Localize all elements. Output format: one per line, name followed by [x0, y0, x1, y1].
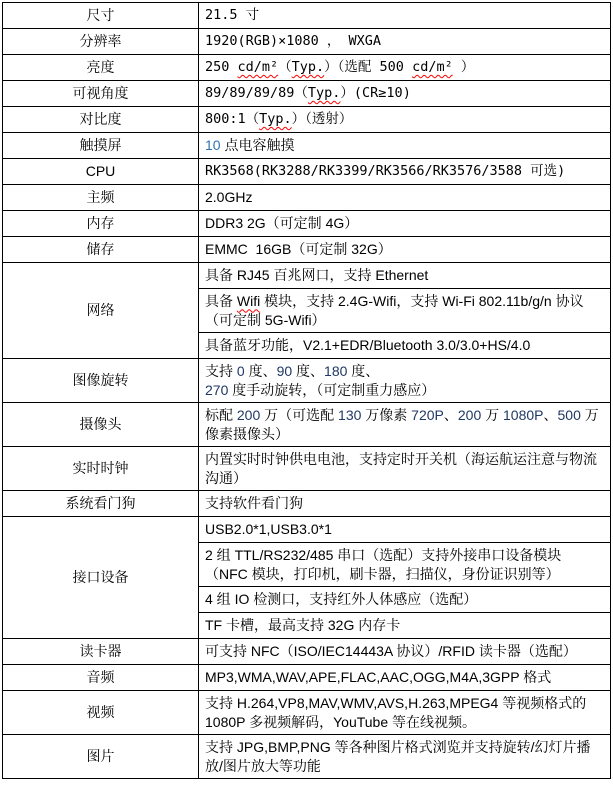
row-size: 尺寸 21.5 寸 [3, 3, 611, 29]
spec-label-interfaces: 接口设备 [3, 517, 199, 639]
row-resolution: 分辨率 1920(RGB)×1080 ， WXGA [3, 29, 611, 55]
spec-value-image: 支持 JPG,BMP,PNG 等各种图片格式浏览并支持旋转/幻灯片播放/图片放大… [199, 735, 611, 779]
spec-label-resolution: 分辨率 [3, 29, 199, 55]
spec-label-image: 图片 [3, 735, 199, 779]
spec-value-memory: DDR3 2G（可定制 4G） [199, 211, 611, 237]
spec-label-storage: 储存 [3, 237, 199, 263]
row-image-rotation: 图像旋转 支持 0 度、90 度、180 度、270 度手动旋转，（可定制重力感… [3, 359, 611, 403]
row-rtc: 实时时钟 内置实时时钟供电电池，支持定时开关机（海运航运注意与物流沟通） [3, 447, 611, 491]
row-storage: 储存 EMMC 16GB（可定制 32G） [3, 237, 611, 263]
spec-value-contrast: 800:1（Typ.）（透射） [199, 107, 611, 133]
spec-table: 尺寸 21.5 寸 分辨率 1920(RGB)×1080 ， WXGA 亮度 2… [2, 2, 611, 779]
row-camera: 摄像头 标配 200 万（可选配 130 万像素 720P、200 万 1080… [3, 403, 611, 447]
row-audio: 音频 MP3,WMA,WAV,APE,FLAC,AAC,OGG,M4A,3GPP… [3, 665, 611, 691]
row-card-reader: 读卡器 可支持 NFC（ISO/IEC14443A 协议）/RFID 读卡器（选… [3, 639, 611, 665]
row-watchdog: 系统看门狗 支持软件看门狗 [3, 491, 611, 517]
spec-value-resolution: 1920(RGB)×1080 ， WXGA [199, 29, 611, 55]
spec-label-contrast: 对比度 [3, 107, 199, 133]
spec-value-size: 21.5 寸 [199, 3, 611, 29]
spec-value-network-wifi: 具备 Wifi 模块，支持 2.4G-Wifi，支持 Wi-Fi 802.11b… [199, 289, 611, 333]
spec-value-viewing-angle: 89/89/89/89（Typ.）(CR≥10) [199, 81, 611, 107]
spec-value-interfaces-tf-card: TF 卡槽，最高支持 32G 内存卡 [199, 613, 611, 639]
spec-value-cpu: RK3568(RK3288/RK3399/RK3566/RK3576/3588 … [199, 159, 611, 185]
spec-value-rtc: 内置实时时钟供电电池，支持定时开关机（海运航运注意与物流沟通） [199, 447, 611, 491]
spec-value-interfaces-serial: 2 组 TTL/RS232/485 串口（选配）支持外接串口设备模块（NFC 模… [199, 543, 611, 587]
spec-value-card-reader: 可支持 NFC（ISO/IEC14443A 协议）/RFID 读卡器（选配） [199, 639, 611, 665]
spec-label-card-reader: 读卡器 [3, 639, 199, 665]
spec-value-audio: MP3,WMA,WAV,APE,FLAC,AAC,OGG,M4A,3GPP 格式 [199, 665, 611, 691]
spec-sheet-page: 尺寸 21.5 寸 分辨率 1920(RGB)×1080 ， WXGA 亮度 2… [0, 0, 613, 789]
row-viewing-angle: 可视角度 89/89/89/89（Typ.）(CR≥10) [3, 81, 611, 107]
row-network-ethernet: 网络 具备 RJ45 百兆网口，支持 Ethernet [3, 263, 611, 289]
row-frequency: 主频 2.0GHz [3, 185, 611, 211]
spec-label-image-rotation: 图像旋转 [3, 359, 199, 403]
spec-value-network-ethernet: 具备 RJ45 百兆网口，支持 Ethernet [199, 263, 611, 289]
spec-value-brightness: 250 cd/m²（Typ.）（选配 500 cd/m² ） [199, 55, 611, 81]
spec-value-interfaces-usb: USB2.0*1,USB3.0*1 [199, 517, 611, 543]
spec-value-touchscreen: 10 点电容触摸 [199, 133, 611, 159]
row-contrast: 对比度 800:1（Typ.）（透射） [3, 107, 611, 133]
spec-label-cpu: CPU [3, 159, 199, 185]
row-video: 视频 支持 H.264,VP8,MAV,WMV,AVS,H.263,MPEG4 … [3, 691, 611, 735]
spec-label-size: 尺寸 [3, 3, 199, 29]
spec-label-audio: 音频 [3, 665, 199, 691]
spec-label-watchdog: 系统看门狗 [3, 491, 199, 517]
row-cpu: CPU RK3568(RK3288/RK3399/RK3566/RK3576/3… [3, 159, 611, 185]
row-brightness: 亮度 250 cd/m²（Typ.）（选配 500 cd/m² ） [3, 55, 611, 81]
spec-value-storage: EMMC 16GB（可定制 32G） [199, 237, 611, 263]
spec-label-touchscreen: 触摸屏 [3, 133, 199, 159]
spec-label-camera: 摄像头 [3, 403, 199, 447]
row-memory: 内存 DDR3 2G（可定制 4G） [3, 211, 611, 237]
spec-label-video: 视频 [3, 691, 199, 735]
spec-value-watchdog: 支持软件看门狗 [199, 491, 611, 517]
spec-label-memory: 内存 [3, 211, 199, 237]
row-touchscreen: 触摸屏 10 点电容触摸 [3, 133, 611, 159]
spec-label-viewing-angle: 可视角度 [3, 81, 199, 107]
spec-label-rtc: 实时时钟 [3, 447, 199, 491]
spec-label-frequency: 主频 [3, 185, 199, 211]
spec-value-image-rotation: 支持 0 度、90 度、180 度、270 度手动旋转，（可定制重力感应） [199, 359, 611, 403]
spec-value-interfaces-io: 4 组 IO 检测口，支持红外人体感应（选配） [199, 587, 611, 613]
spec-label-brightness: 亮度 [3, 55, 199, 81]
spec-label-network: 网络 [3, 263, 199, 359]
row-image: 图片 支持 JPG,BMP,PNG 等各种图片格式浏览并支持旋转/幻灯片播放/图… [3, 735, 611, 779]
spec-value-network-bluetooth: 具备蓝牙功能，V2.1+EDR/Bluetooth 3.0/3.0+HS/4.0 [199, 333, 611, 359]
spec-value-video: 支持 H.264,VP8,MAV,WMV,AVS,H.263,MPEG4 等视频… [199, 691, 611, 735]
row-interfaces-usb: 接口设备 USB2.0*1,USB3.0*1 [3, 517, 611, 543]
spec-value-frequency: 2.0GHz [199, 185, 611, 211]
spec-value-camera: 标配 200 万（可选配 130 万像素 720P、200 万 1080P、50… [199, 403, 611, 447]
